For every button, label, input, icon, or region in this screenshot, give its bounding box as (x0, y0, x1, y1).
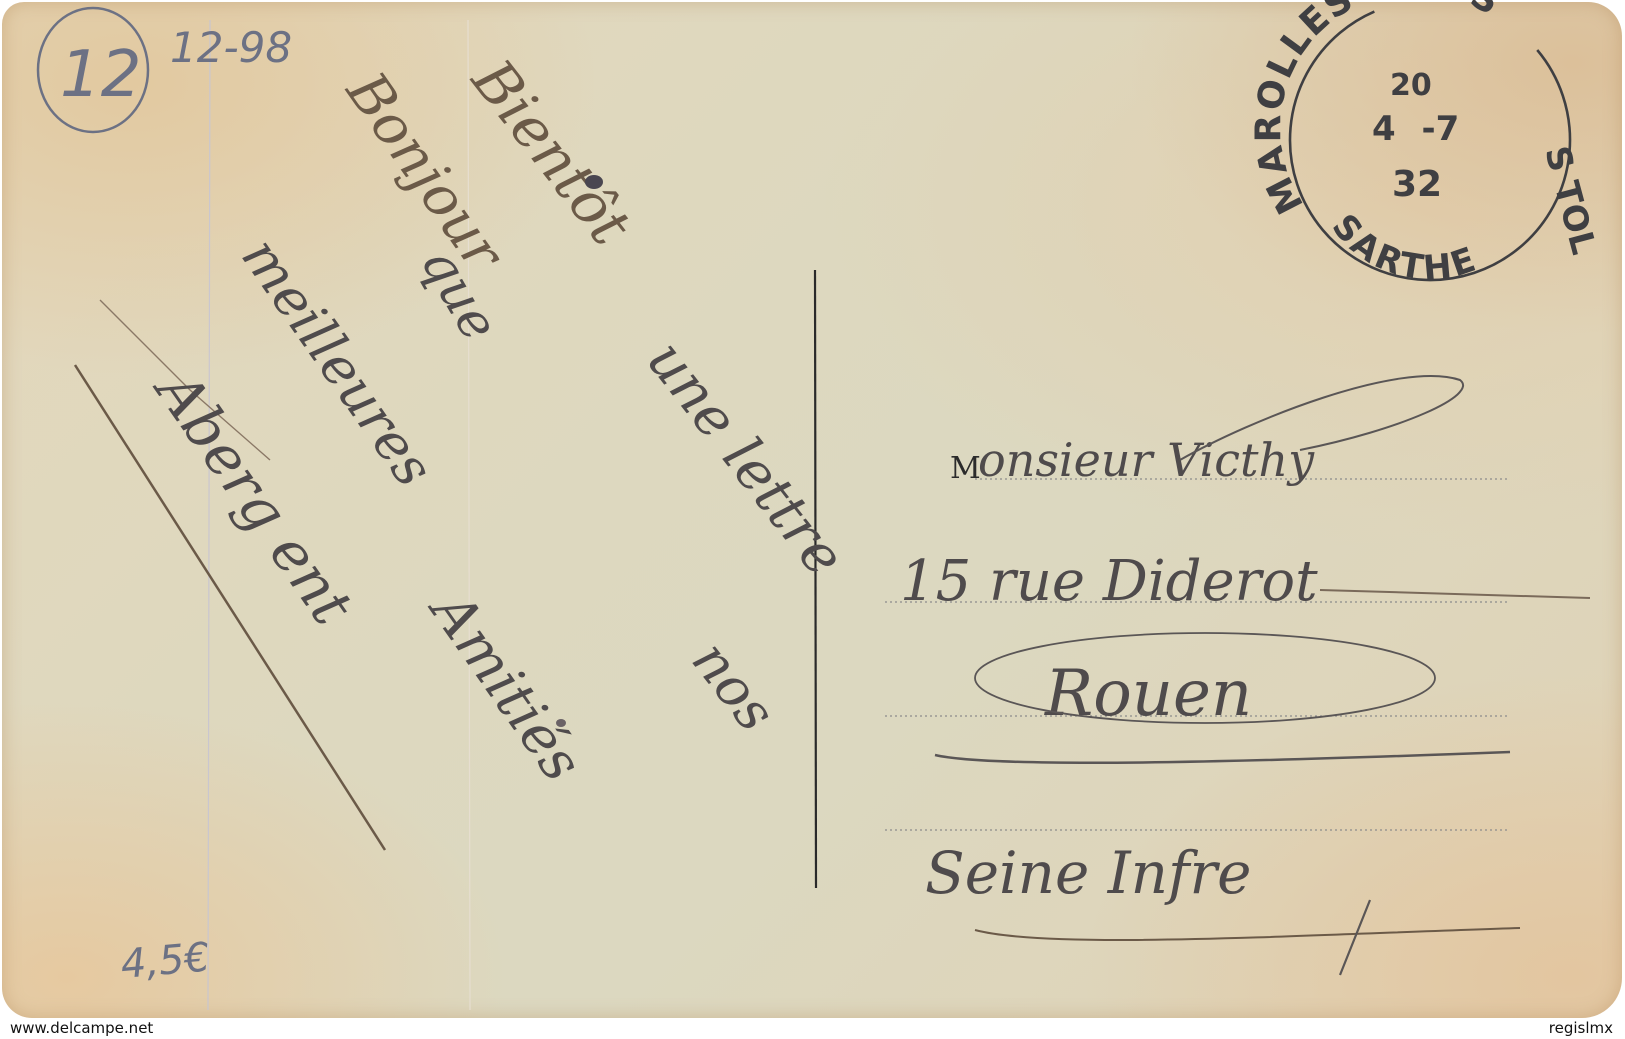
flourish (1320, 590, 1590, 598)
watermark-seller: regislmx (1549, 1019, 1613, 1037)
postmark-right-fragment: S TOL (1536, 142, 1603, 259)
message-line-nos: nos (680, 629, 788, 743)
pencil-date-note: 12-98 (170, 23, 292, 72)
address-street: 15 rue Diderot (900, 549, 1318, 614)
postmark-town-bottom: SARTHE (1324, 207, 1484, 289)
fold-line (468, 20, 470, 1010)
address-city: Rouen (1044, 657, 1252, 731)
postmark-year: 32 (1392, 164, 1442, 205)
postmark: MAROLLES-LES-S SARTHE S TOL 20 4 -7 32 (1233, 0, 1625, 337)
postmark-hour: 20 (1390, 68, 1432, 103)
underline-flourish (935, 752, 1510, 763)
message-line-une: une lettre (634, 329, 857, 589)
fold-line (208, 20, 210, 1010)
pencil-price-note: 4,5€ (119, 934, 212, 988)
ink-blot (556, 719, 566, 727)
message-line-amities: Amitiés (416, 577, 595, 793)
address-region: Seine Infre (925, 839, 1252, 907)
underline-flourish (975, 928, 1520, 940)
printed-monsieur-prefix: M (950, 451, 981, 486)
svg-text:12: 12 (60, 38, 141, 112)
ink-blot (585, 175, 603, 189)
postcard-ink-layer: 12 12-98 4,5€ Bientôt une lettre nos Ami… (0, 0, 1625, 1039)
pencil-circled-number: 12 (38, 8, 148, 132)
postmark-date: 4 -7 (1372, 109, 1459, 149)
flourish (1340, 900, 1370, 975)
address-name: onsieur Victhy (978, 433, 1315, 487)
address-block: M onsieur Victhy 15 rue Diderot Rouen Se… (900, 376, 1590, 975)
watermark-delcampe[interactable]: www.delcampe.net (10, 1019, 153, 1037)
message-handwriting: Bientôt une lettre nos Amitiés Bonjour q… (141, 46, 857, 793)
